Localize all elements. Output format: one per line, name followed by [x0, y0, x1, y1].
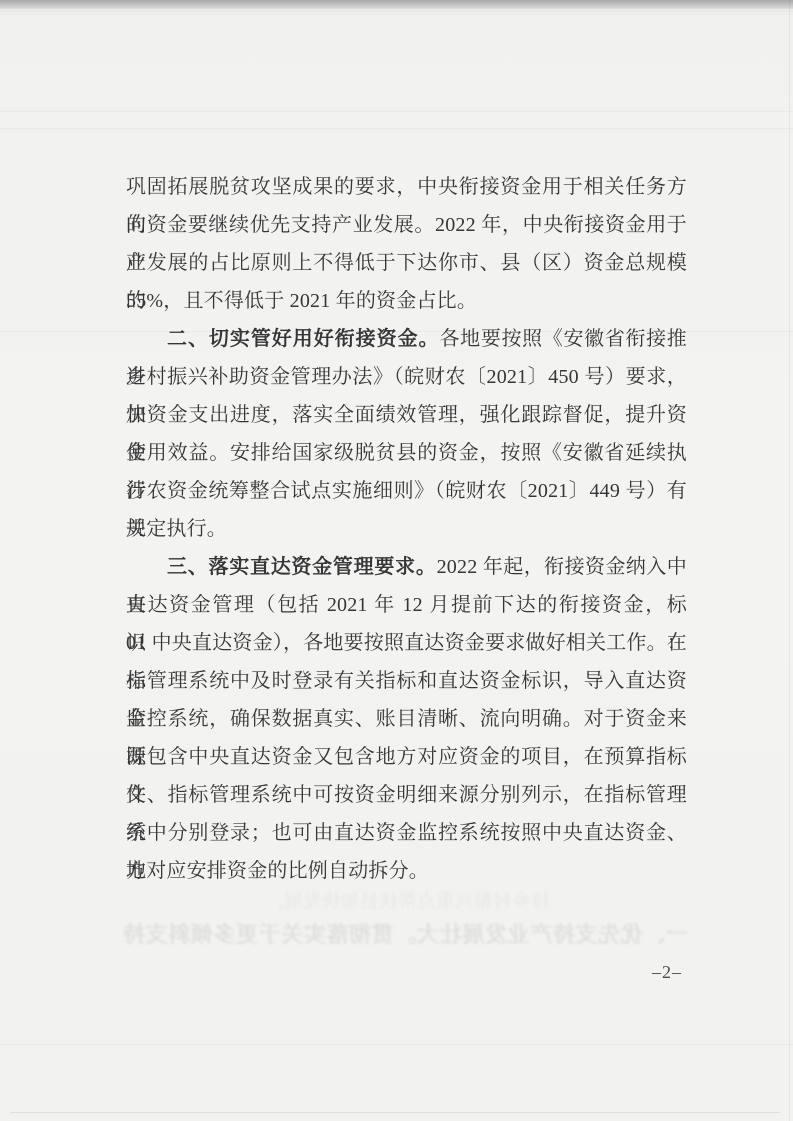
body-line: 标管理系统中及时登录有关指标和直达资金标识，导入直达资金	[126, 662, 687, 700]
scanner-edge-shadow	[0, 0, 793, 9]
scan-streak	[0, 1044, 793, 1045]
paragraph-3-section-3: 三、落实直达资金管理要求。2022 年起，衔接资金纳入中央 直达资金管理（包括 …	[126, 548, 687, 890]
section-2-heading: 二、切实管好用好衔接资金。	[167, 328, 440, 350]
body-line: 使用效益。安排给国家级脱贫县的资金，按照《安徽省延续执行	[126, 434, 687, 472]
paragraph-2-section-2: 二、切实管好用好衔接资金。各地要按照《安徽省衔接推进 乡村振兴补助资金管理办法》…	[126, 320, 687, 548]
body-line: 涉农资金统筹整合试点实施细则》（皖财农〔2021〕449 号）有关	[126, 472, 687, 510]
body-line: 监控系统，确保数据真实、账目清晰、流向明确。对于资金来源	[126, 700, 687, 738]
body-line: 规定执行。	[126, 510, 687, 548]
body-line: 巩固拓展脱贫攻坚成果的要求，中央衔接资金用于相关任务方向	[126, 168, 687, 206]
body-line: 三、落实直达资金管理要求。2022 年起，衔接资金纳入中央	[126, 548, 687, 586]
body-line: 直达资金管理（包括 2021 年 12 月提前下达的衔接资金，标识：	[126, 586, 687, 624]
bleedthrough-text-line: 一、优先支持产业发展壮大。贯彻落实关于更多倾斜支持	[123, 918, 688, 949]
body-line: 方对应安排资金的比例自动拆分。	[126, 852, 687, 890]
body-line: 件、指标管理系统中可按资金明细来源分别列示，在指标管理系	[126, 776, 687, 814]
body-line: 乡村振兴补助资金管理办法》（皖财农〔2021〕450 号）要求，加	[126, 358, 687, 396]
body-line: 二、切实管好用好衔接资金。各地要按照《安徽省衔接推进	[126, 320, 687, 358]
scanned-document-page: 巩固拓展脱贫攻坚成果的要求，中央衔接资金用于相关任务方向 的资金要继续优先支持产…	[0, 0, 793, 1121]
document-body: 巩固拓展脱贫攻坚成果的要求，中央衔接资金用于相关任务方向 的资金要继续优先支持产…	[126, 168, 687, 890]
scan-edge-bottom	[10, 1112, 780, 1113]
body-line: 快资金支出进度，落实全面绩效管理，强化跟踪督促，提升资金	[126, 396, 687, 434]
body-line: 01 中央直达资金），各地要按照直达资金要求做好相关工作。在指	[126, 624, 687, 662]
section-3-heading: 三、落实直达资金管理要求。	[167, 556, 437, 578]
body-line: 业发展的占比原则上不得低于下达你市、县（区）资金总规模的	[126, 244, 687, 282]
body-line: 55%，且不得低于 2021 年的资金占比。	[126, 282, 687, 320]
scanner-edge-highlight	[0, 9, 793, 13]
scan-streak	[0, 14, 793, 15]
bleedthrough-text-line: 持乡村振兴重点帮扶县加快发展，	[245, 886, 550, 913]
scan-edge-right	[789, 0, 790, 1121]
body-line: 既包含中央直达资金又包含地方对应资金的项目，在预算指标文	[126, 738, 687, 776]
page-number: –2–	[652, 962, 682, 983]
scan-streak	[0, 128, 793, 129]
paragraph-1: 巩固拓展脱贫攻坚成果的要求，中央衔接资金用于相关任务方向 的资金要继续优先支持产…	[126, 168, 687, 320]
body-line: 的资金要继续优先支持产业发展。2022 年，中央衔接资金用于产	[126, 206, 687, 244]
scan-streak	[0, 111, 793, 112]
body-line: 统中分别登录；也可由直达资金监控系统按照中央直达资金、地	[126, 814, 687, 852]
